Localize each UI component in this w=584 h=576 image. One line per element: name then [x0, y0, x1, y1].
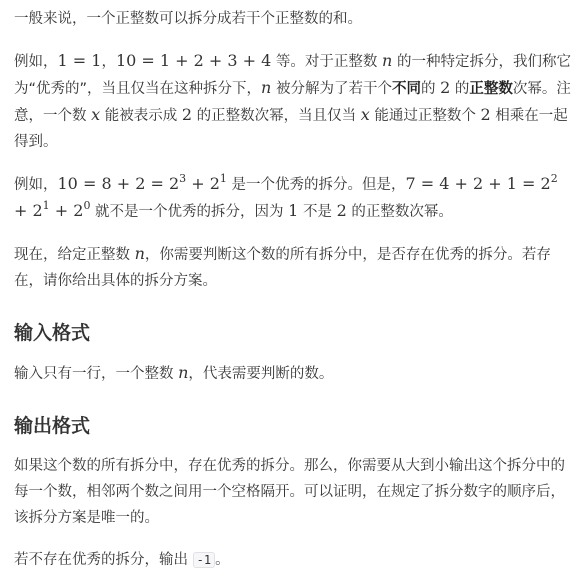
input-format-text: 输入只有一行，一个整数 n，代表需要判断的数。	[14, 360, 572, 387]
math-var-n: n	[135, 244, 145, 263]
exponent: 1	[43, 199, 50, 212]
text: 如果这个数的所有拆分中，存在优秀的拆分。那么，你需要从大到小输出这个拆分中的每一…	[14, 458, 565, 526]
math-expr: 10 = 8 + 2 = 23 + 21	[58, 174, 227, 193]
definition-paragraph: 例如，1 = 1，10 = 1 + 2 + 3 + 4 等。对于正整数 n 的一…	[14, 48, 572, 155]
text: 被分解为了若干个	[271, 81, 392, 97]
math-var-n: n	[382, 51, 392, 70]
text: 若不存在优秀的拆分，输出	[14, 552, 193, 568]
text: 的	[450, 81, 469, 97]
math-var-n: n	[178, 363, 188, 382]
text: 就不是一个优秀的拆分，因为	[90, 204, 288, 220]
math-expr: 1 = 1	[58, 51, 102, 70]
text: 能被表示成	[100, 108, 182, 124]
text: 的	[421, 81, 440, 97]
task-paragraph: 现在，给定正整数 n，你需要判断这个数的所有拆分中，是否存在优秀的拆分。若存在，…	[14, 241, 572, 294]
text: 的正整数次幂。	[347, 204, 453, 220]
text: 输入只有一行，一个整数	[14, 366, 178, 382]
math-var-x: x	[91, 105, 100, 124]
output-format-heading: 输出格式	[14, 413, 572, 439]
text: 是一个优秀的拆分。但是，	[227, 177, 406, 193]
math-expr: 2	[481, 105, 491, 124]
exponent: 1	[220, 172, 227, 185]
problem-statement: 一般来说，一个正整数可以拆分成若干个正整数的和。 例如，1 = 1，10 = 1…	[0, 0, 584, 573]
math-part: + 2	[14, 201, 43, 220]
math-var-n: n	[261, 78, 271, 97]
math-expr: 1	[288, 201, 298, 220]
text: 例如，	[14, 177, 58, 193]
text: 现在，给定正整数	[14, 247, 135, 263]
inline-code: -1	[193, 552, 215, 568]
math-expr: 2	[440, 78, 450, 97]
math-part: + 2	[50, 201, 84, 220]
bold-text: 正整数	[469, 81, 513, 97]
text: ，代表需要判断的数。	[188, 366, 333, 382]
input-format-heading: 输入格式	[14, 320, 572, 346]
text: 不是	[298, 204, 336, 220]
text: 的正整数次幂，当且仅当	[192, 108, 361, 124]
math-expr: 2	[337, 201, 347, 220]
math-var-x: x	[361, 105, 370, 124]
output-format-text: 如果这个数的所有拆分中，存在优秀的拆分。那么，你需要从大到小输出这个拆分中的每一…	[14, 453, 572, 531]
math-part: 10 = 8 + 2 = 2	[58, 174, 180, 193]
math-part: + 2	[186, 174, 220, 193]
output-fallback-text: 若不存在优秀的拆分，输出 -1。	[14, 547, 572, 573]
math-part: 7 = 4 + 2 + 1 = 2	[406, 174, 551, 193]
math-expr: 10 = 1 + 2 + 3 + 4	[116, 51, 271, 70]
bold-text: 不同	[392, 81, 421, 97]
text: 。	[215, 552, 230, 568]
example-paragraph: 例如，10 = 8 + 2 = 23 + 21 是一个优秀的拆分。但是，7 = …	[14, 171, 572, 225]
intro-paragraph: 一般来说，一个正整数可以拆分成若干个正整数的和。	[14, 6, 572, 32]
text: 例如，	[14, 54, 58, 70]
text: ，	[101, 54, 116, 70]
text: 等。对于正整数	[271, 54, 382, 70]
text: 能通过正整数个	[370, 108, 481, 124]
intro-text: 一般来说，一个正整数可以拆分成若干个正整数的和。	[14, 11, 362, 27]
math-expr: 2	[182, 105, 192, 124]
exponent: 2	[551, 172, 558, 185]
